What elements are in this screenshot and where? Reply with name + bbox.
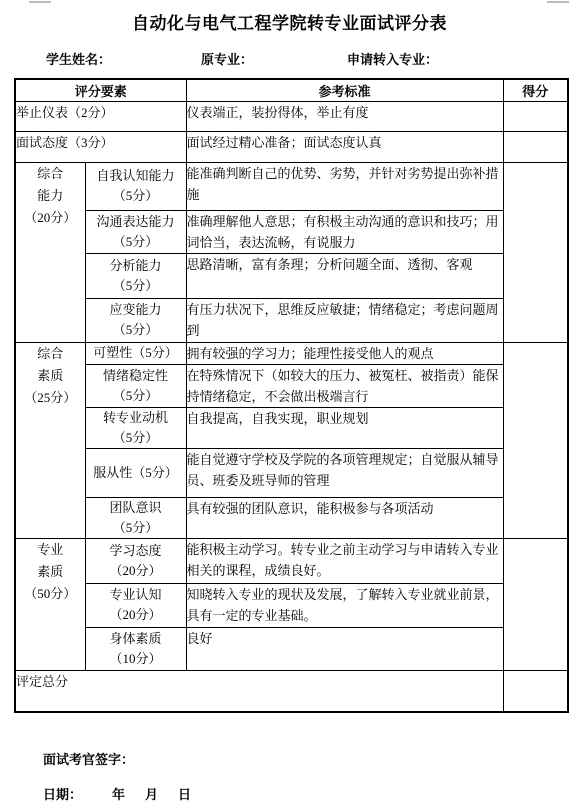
table-row: 专业 素质 （50分） 学习态度 （20分） 能积极主动学习。转专业之前主动学习… [15, 538, 568, 583]
original-major-label: 原专业： [201, 49, 253, 68]
table-row: 服从性（5分） 能自觉遵守学校及学院的各项管理规定；自觉服从辅导员、班委及班导师… [15, 448, 568, 497]
standard-cell: 能自觉遵守学校及学院的各项管理规定；自觉服从辅导员、班委及班导师的管理 [186, 448, 503, 497]
group-name-line: 能力 [16, 185, 85, 207]
item-label-line: （20分） [86, 605, 186, 625]
table-row: 沟通表达能力 （5分） 准确理解他人意思；有积极主动沟通的意识和技巧；用词恰当，… [15, 210, 568, 253]
student-name-field[interactable] [112, 49, 192, 65]
form-title: 自动化与电气工程学院转专业面试评分表 [0, 9, 579, 34]
table-row: 举止仪表（2分） 仪表端正，装扮得体，举止有度 [15, 101, 568, 131]
table-header-row: 评分要素 参考标准 得分 [15, 79, 568, 101]
table-row: 分析能力 （5分） 思路清晰，富有条理；分析问题全面、透彻、客观 [15, 253, 568, 298]
examiner-signature-field[interactable] [137, 748, 257, 764]
item-label-cell: 应变能力 （5分） [85, 298, 186, 342]
group-name-cell: 专业 素质 （50分） [15, 538, 85, 670]
item-label-cell: 可塑性（5分） [85, 342, 186, 364]
item-label-line: （5分） [86, 232, 186, 252]
transfer-major-label: 申请转入专业： [347, 49, 438, 68]
examiner-signature-row: 面试考官签字： [43, 748, 257, 768]
standard-cell: 能准确判断自己的优势、劣势，并针对劣势提出弥补措施 [186, 162, 503, 210]
item-label-line: 专业认知 [86, 585, 186, 605]
standard-cell: 拥有较强的学习力；能理性接受他人的观点 [186, 342, 503, 364]
table-row: 面试态度（3分） 面试经过精心准备；面试态度认真 [15, 131, 568, 162]
date-label: 日期： [43, 787, 82, 802]
transfer-major-field[interactable] [440, 49, 540, 65]
item-label-line: （10分） [86, 649, 186, 669]
standard-cell: 思路清晰，富有条理；分析问题全面、透彻、客观 [186, 253, 503, 298]
total-row: 评定总分 [15, 670, 568, 712]
item-label-line: （20分） [86, 561, 186, 581]
student-info-row: 学生姓名： 原专业： 申请转入专业： [0, 49, 579, 67]
standard-cell: 良好 [186, 627, 503, 670]
item-label-line: 身体素质 [86, 629, 186, 649]
date-month-label: 月 [145, 787, 158, 802]
standard-cell: 知晓转入专业的现状及发展，了解转入专业就业前景，具有一定的专业基础。 [186, 583, 503, 627]
date-day-label: 日 [178, 787, 191, 802]
group-name-line: 专业 [16, 539, 85, 561]
table-row: 团队意识 （5分） 具有较强的团队意识，能积极参与各项活动 [15, 497, 568, 538]
item-label-cell: 身体素质 （10分） [85, 627, 186, 670]
item-label-line: （5分） [86, 386, 186, 406]
score-cell[interactable] [503, 101, 568, 131]
date-row: 日期：年月日 [43, 784, 191, 803]
item-label-line: 转专业动机 [86, 408, 186, 428]
item-label-line: 团队意识 [86, 498, 186, 518]
group-name-line: （25分） [16, 387, 85, 409]
standard-cell: 面试经过精心准备；面试态度认真 [186, 131, 503, 162]
table-row: 综合 能力 （20分） 自我认知能力 （5分） 能准确判断自己的优势、劣势，并针… [15, 162, 568, 210]
table-row: 应变能力 （5分） 有压力状况下，思维反应敏捷；情绪稳定；考虑问题周到 [15, 298, 568, 342]
group-name-cell: 综合 能力 （20分） [15, 162, 85, 342]
item-label-cell: 团队意识 （5分） [85, 497, 186, 538]
table-row: 身体素质 （10分） 良好 [15, 627, 568, 670]
header-factor: 评分要素 [15, 79, 186, 101]
group-name-line: 素质 [16, 561, 85, 583]
item-label-line: 应变能力 [86, 300, 186, 320]
item-label-line: （5分） [86, 518, 186, 538]
page-margin-mark-left [29, 1, 51, 3]
standard-cell: 仪表端正，装扮得体，举止有度 [186, 101, 503, 131]
item-label-cell: 沟通表达能力 （5分） [85, 210, 186, 253]
group-name-line: 综合 [16, 343, 85, 365]
total-label-cell: 评定总分 [15, 670, 503, 712]
item-label-line: 学习态度 [86, 541, 186, 561]
page-margin-mark-right [547, 1, 569, 3]
score-cell[interactable] [503, 342, 568, 538]
item-label-line: 沟通表达能力 [86, 212, 186, 232]
standard-cell: 准确理解他人意思；有积极主动沟通的意识和技巧；用词恰当，表达流畅，有说服力 [186, 210, 503, 253]
table-row: 专业认知 （20分） 知晓转入专业的现状及发展，了解转入专业就业前景，具有一定的… [15, 583, 568, 627]
standard-cell: 具有较强的团队意识，能积极参与各项活动 [186, 497, 503, 538]
item-label-line: （5分） [86, 276, 186, 296]
score-cell[interactable] [503, 162, 568, 342]
item-label-cell: 专业认知 （20分） [85, 583, 186, 627]
student-name-label: 学生姓名： [46, 49, 111, 68]
table-row: 综合 素质 （25分） 可塑性（5分） 拥有较强的学习力；能理性接受他人的观点 [15, 342, 568, 364]
original-major-field[interactable] [254, 49, 334, 65]
factor-cell: 举止仪表（2分） [15, 101, 186, 131]
date-year-label: 年 [112, 787, 125, 802]
document-page: { "page_title": "自动化与电气工程学院转专业面试评分表", "i… [0, 0, 579, 812]
standard-cell: 有压力状况下，思维反应敏捷；情绪稳定；考虑问题周到 [186, 298, 503, 342]
item-label-cell: 服从性（5分） [85, 448, 186, 497]
date-month-field[interactable] [125, 798, 145, 799]
standard-cell: 在特殊情况下（如较大的压力、被冤枉、被指责）能保持情绪稳定，不会做出极端言行 [186, 364, 503, 407]
group-name-line: 素质 [16, 365, 85, 387]
group-name-line: （50分） [16, 583, 85, 605]
header-standard: 参考标准 [186, 79, 503, 101]
item-label-line: （5分） [86, 320, 186, 340]
item-label-cell: 学习态度 （20分） [85, 538, 186, 583]
item-label-line: 分析能力 [86, 256, 186, 276]
item-label-line: 可塑性（5分） [86, 343, 186, 363]
table-row: 情绪稳定性 （5分） 在特殊情况下（如较大的压力、被冤枉、被指责）能保持情绪稳定… [15, 364, 568, 407]
examiner-signature-label: 面试考官签字： [43, 752, 134, 767]
score-cell[interactable] [503, 131, 568, 162]
item-label-cell: 情绪稳定性 （5分） [85, 364, 186, 407]
table-row: 转专业动机 （5分） 自我提高，自我实现，职业规划 [15, 407, 568, 448]
item-label-cell: 转专业动机 （5分） [85, 407, 186, 448]
item-label-line: （5分） [86, 186, 186, 206]
standard-cell: 能积极主动学习。转专业之前主动学习与申请转入专业相关的课程，成绩良好。 [186, 538, 503, 583]
score-cell[interactable] [503, 538, 568, 670]
item-label-line: 自我认知能力 [86, 166, 186, 186]
group-name-cell: 综合 素质 （25分） [15, 342, 85, 538]
item-label-cell: 分析能力 （5分） [85, 253, 186, 298]
item-label-cell: 自我认知能力 （5分） [85, 162, 186, 210]
item-label-line: 情绪稳定性 [86, 366, 186, 386]
item-label-line: （5分） [86, 428, 186, 448]
date-year-field[interactable] [82, 798, 112, 799]
factor-cell: 面试态度（3分） [15, 131, 186, 162]
group-name-line: （20分） [16, 207, 85, 229]
scoring-table: 评分要素 参考标准 得分 举止仪表（2分） 仪表端正，装扮得体，举止有度 面试态… [14, 78, 569, 713]
date-day-field[interactable] [158, 798, 178, 799]
item-label-line: 服从性（5分） [86, 463, 186, 483]
total-score-cell[interactable] [503, 670, 568, 712]
standard-cell: 自我提高，自我实现，职业规划 [186, 407, 503, 448]
header-score: 得分 [503, 79, 568, 101]
group-name-line: 综合 [16, 163, 85, 185]
